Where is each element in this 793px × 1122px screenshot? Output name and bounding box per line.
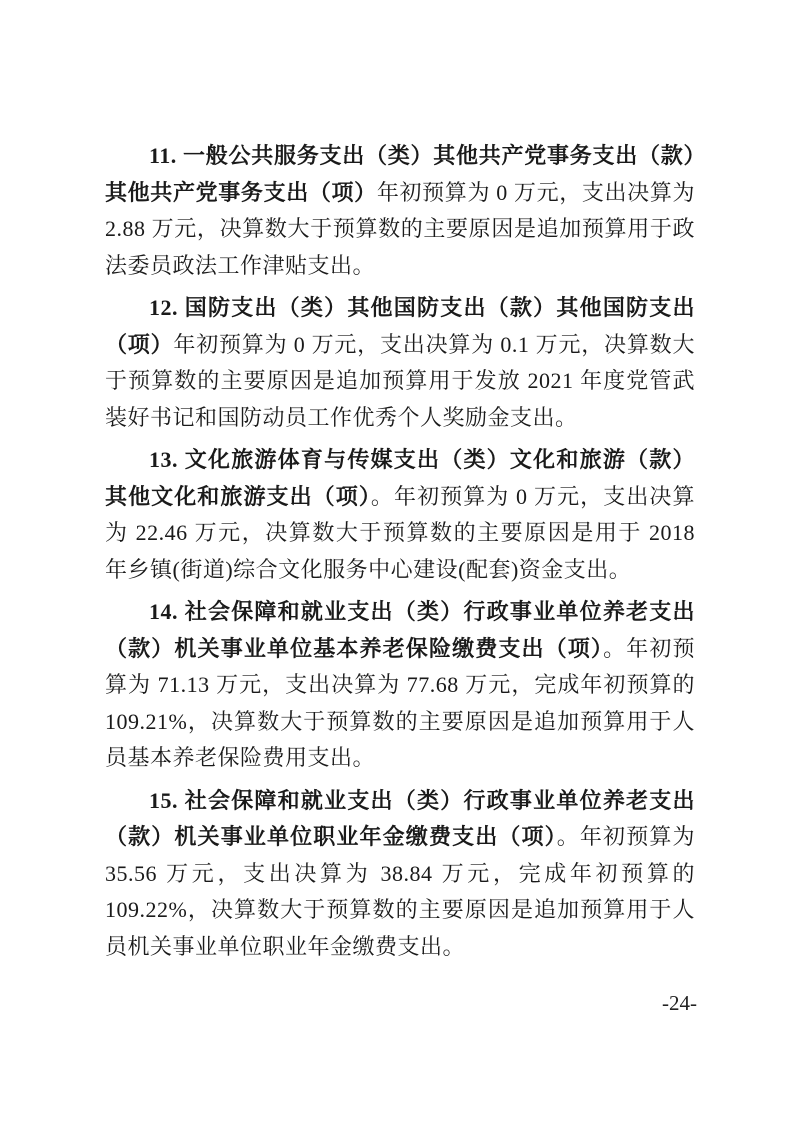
budget-paragraph-15: 15. 社会保障和就业支出（类）行政事业单位养老支出（款）机关事业单位职业年金缴… bbox=[105, 783, 695, 966]
paragraph-list: 11. 一般公共服务支出（类）其他共产党事务支出（款）其他共产党事务支出（项）年… bbox=[105, 138, 695, 971]
paragraph-number: 14. bbox=[149, 599, 178, 624]
budget-paragraph-13: 13. 文化旅游体育与传媒支出（类）文化和旅游（款）其他文化和旅游支出（项）。年… bbox=[105, 442, 695, 588]
number-title-spacer bbox=[178, 295, 185, 320]
document-page: 11. 一般公共服务支出（类）其他共产党事务支出（款）其他共产党事务支出（项）年… bbox=[0, 0, 793, 1122]
paragraph-number: 15. bbox=[149, 788, 178, 813]
budget-paragraph-12: 12. 国防支出（类）其他国防支出（款）其他国防支出（项）年初预算为 0 万元，… bbox=[105, 290, 695, 436]
budget-paragraph-11: 11. 一般公共服务支出（类）其他共产党事务支出（款）其他共产党事务支出（项）年… bbox=[105, 138, 695, 284]
paragraph-number: 12. bbox=[149, 295, 178, 320]
number-title-spacer bbox=[178, 447, 185, 472]
paragraph-number: 11. bbox=[149, 143, 177, 168]
number-title-spacer bbox=[178, 599, 185, 624]
number-title-spacer bbox=[178, 788, 185, 813]
page-number: -24- bbox=[662, 991, 697, 1015]
paragraph-number: 13. bbox=[149, 447, 178, 472]
budget-paragraph-14: 14. 社会保障和就业支出（类）行政事业单位养老支出（款）机关事业单位基本养老保… bbox=[105, 594, 695, 777]
paragraph-body: 年初预算为 0 万元，支出决算为 0.1 万元，决算数大于预算数的主要原因是追加… bbox=[105, 332, 695, 430]
